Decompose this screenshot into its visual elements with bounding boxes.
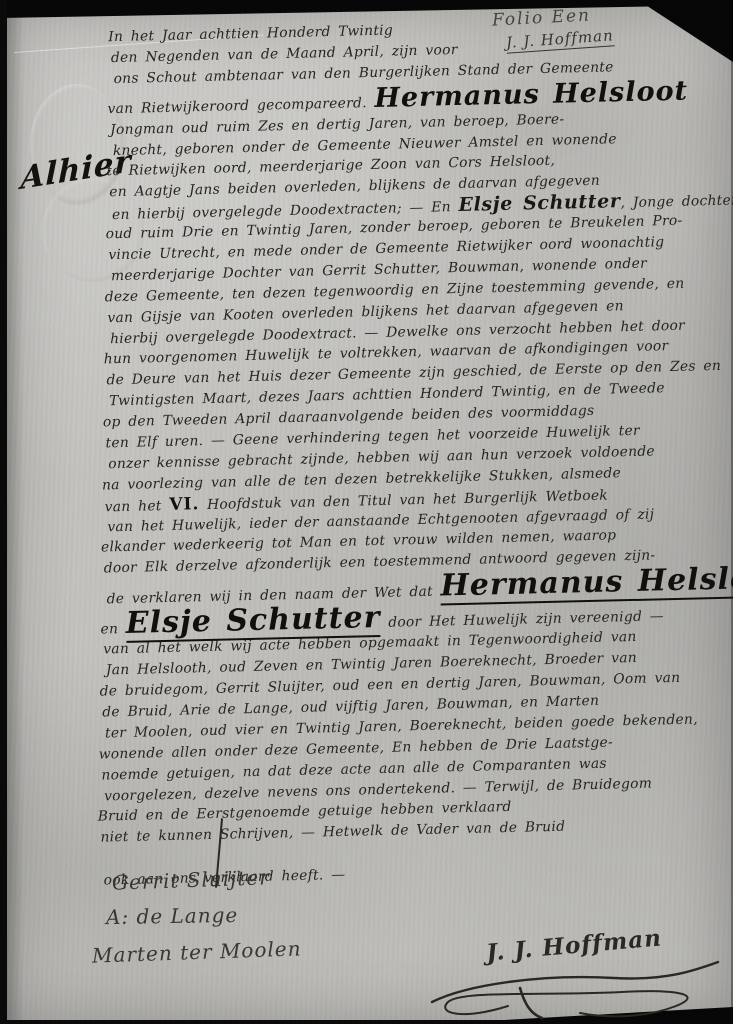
handwritten-text: en xyxy=(100,621,126,638)
document-body: In het Jaar achttien Honderd Twintigden … xyxy=(74,13,733,892)
document-page: Folio Een J. J. Hoffman Alhier In het Ja… xyxy=(0,0,733,1024)
page-fold-shadow xyxy=(7,0,24,1024)
signature-paraph-flourish xyxy=(424,958,724,1020)
witness-signature: Marten ter Moolen xyxy=(92,936,302,967)
document-line: ook aan ons verklaard heeft. — xyxy=(103,856,733,892)
handwritten-text: , Jonge dochter xyxy=(620,193,733,212)
scan-edge-left xyxy=(0,0,7,1024)
handwritten-text: van het xyxy=(104,498,169,516)
witness-signature: A: de Lange xyxy=(106,903,239,929)
handwritten-text: ook aan ons verklaard heeft. — xyxy=(104,867,346,889)
emphasized-name: VI. xyxy=(169,494,200,515)
